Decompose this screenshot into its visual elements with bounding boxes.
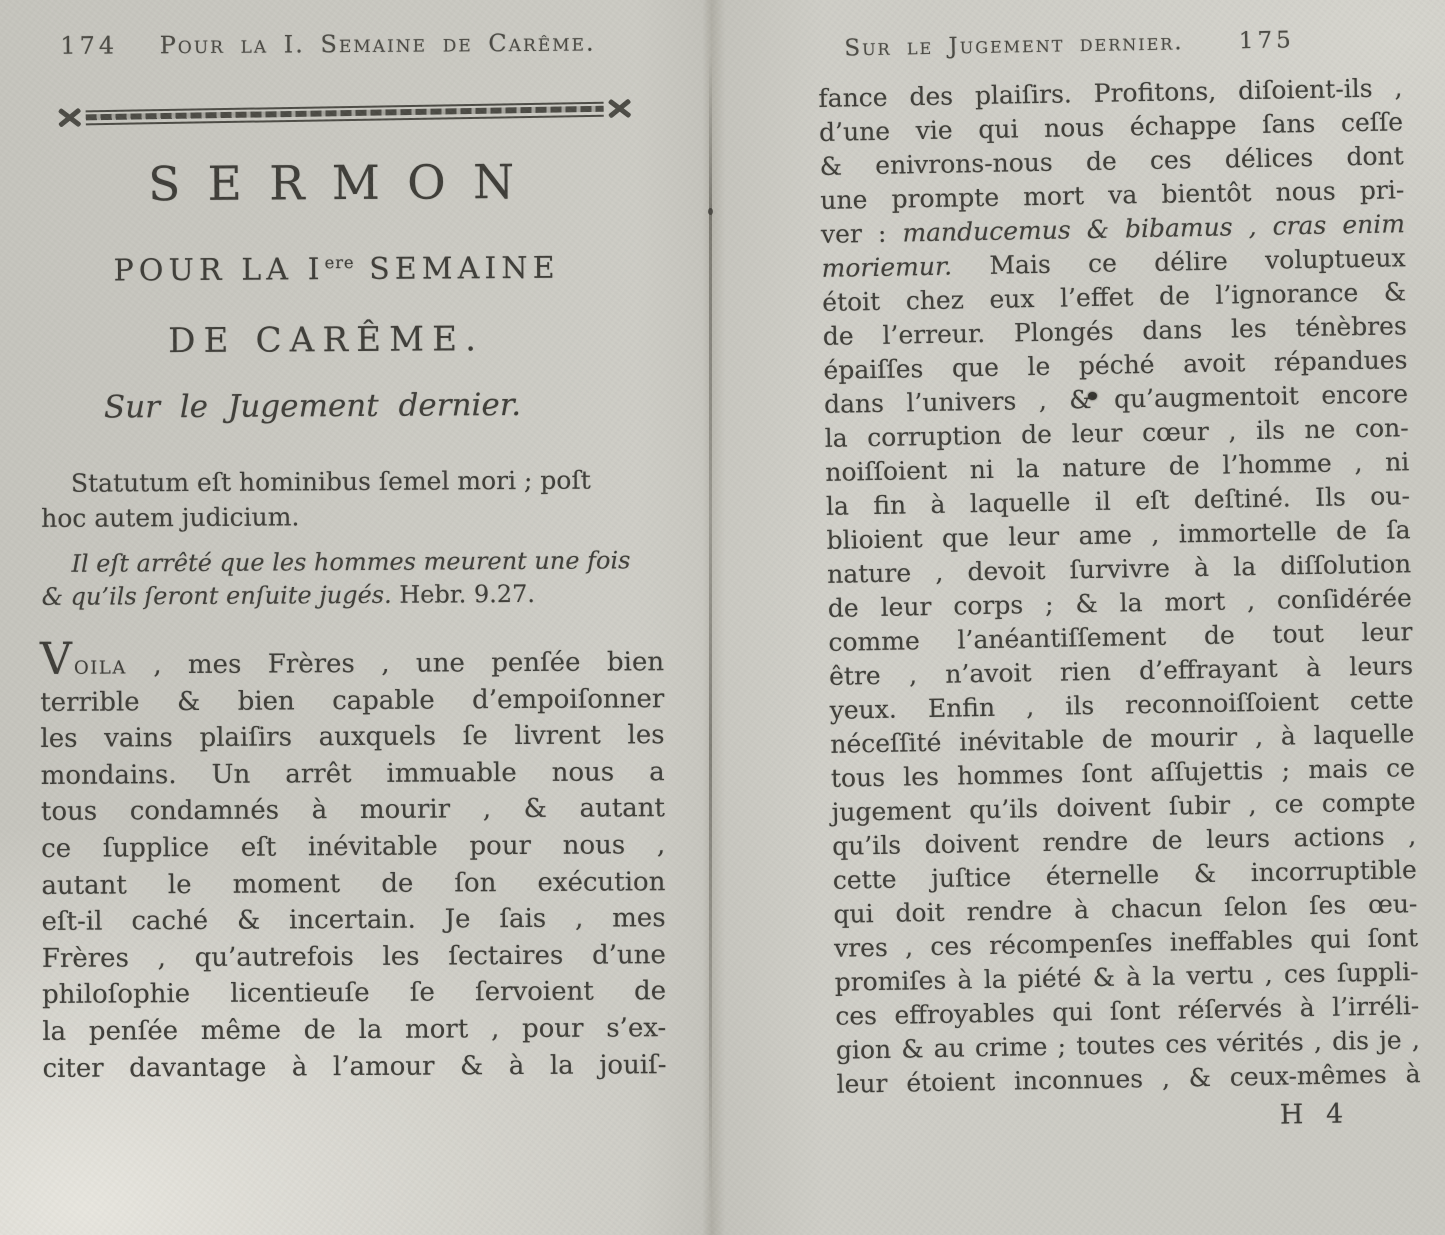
body-text-right: fance des plaiſirs. Profitons, diſoient-… <box>818 71 1421 1102</box>
text-line: Voila , mes Frères , une penſée bien <box>40 644 664 684</box>
fleuron-right-icon <box>608 96 630 120</box>
page-number-left: 174 <box>60 31 118 59</box>
text-line: philoſophie licentieuſe ſe ſervoient de <box>42 973 666 1013</box>
text-line: tous condamnés à mourir , & autant <box>41 791 665 831</box>
header-rule-ornament <box>58 91 630 134</box>
text-line: eſt-il caché & incertain. Je ſais , mes <box>42 900 666 940</box>
page-number-right: 175 <box>1239 27 1295 54</box>
sermon-title: SERMON <box>1 154 661 213</box>
ink-speck <box>1088 392 1097 400</box>
book-scan: 174 Pour la I. Semaine de Carême. SERMON… <box>0 0 1445 1235</box>
sermon-subtitle: Sur le Jugement dernier. <box>2 386 622 426</box>
text-line: & qu’ils ſeront enſuite jugés. Hebr. 9.2… <box>42 577 642 614</box>
title-line2-post: SEMAINE <box>354 251 559 287</box>
running-header-right-text: Sur le Jugement dernier. <box>844 29 1184 61</box>
page-left: 174 Pour la I. Semaine de Carême. SERMON… <box>0 0 712 1235</box>
text-line: mondains. Un arrêt immuable nous a <box>41 754 665 794</box>
text-line: autant le moment de ſon exécution <box>41 864 665 904</box>
text-line: Statutum eſt hominibus ſemel mori ; poſt <box>41 462 641 501</box>
epigraph-latin: Statutum eſt hominibus ſemel mori ; poſt… <box>41 462 641 536</box>
running-header-left: 174 Pour la I. Semaine de Carême. <box>60 28 620 59</box>
text-line: les vains plaiſirs auxquels ſe livrent l… <box>40 717 664 757</box>
text-line: la penſée même de la mort , pour s’ex- <box>42 1010 666 1050</box>
page-right: Sur le Jugement dernier. 175 fance des p… <box>712 0 1445 1235</box>
gathering-signature: H 4 <box>837 1097 1421 1139</box>
fleuron-left-icon <box>59 105 81 129</box>
body-text-left: Voila , mes Frères , une penſée bienterr… <box>40 644 667 1087</box>
sermon-title-line2: POUR LA Iere SEMAINE <box>2 250 672 289</box>
text-line: Frères , qu’autrefois les ſectaires d’un… <box>42 937 666 977</box>
sermon-title-line3: DE CARÊME. <box>2 318 642 362</box>
text-line: hoc autem judicium. <box>41 497 641 536</box>
text-line: terrible & bien capable d’empoiſonner <box>40 681 664 721</box>
epigraph-french-translation: Il eſt arrêté que les hommes meurent une… <box>41 544 641 614</box>
title-line2-ordinal-sup: ere <box>325 253 355 272</box>
ink-speck <box>708 208 713 215</box>
running-header-right: Sur le Jugement dernier. 175 <box>769 26 1369 63</box>
text-line: ce ſupplice eſt inévitable pour nous , <box>41 827 665 867</box>
title-line2-pre: POUR LA I <box>113 252 324 288</box>
running-header-left-text: Pour la I. Semaine de Carême. <box>160 29 596 60</box>
text-line: Il eſt arrêté que les hommes meurent une… <box>41 544 641 581</box>
rule-band <box>86 101 604 125</box>
text-line: citer davantage à l’amour & à la jouiſ- <box>42 1047 666 1087</box>
